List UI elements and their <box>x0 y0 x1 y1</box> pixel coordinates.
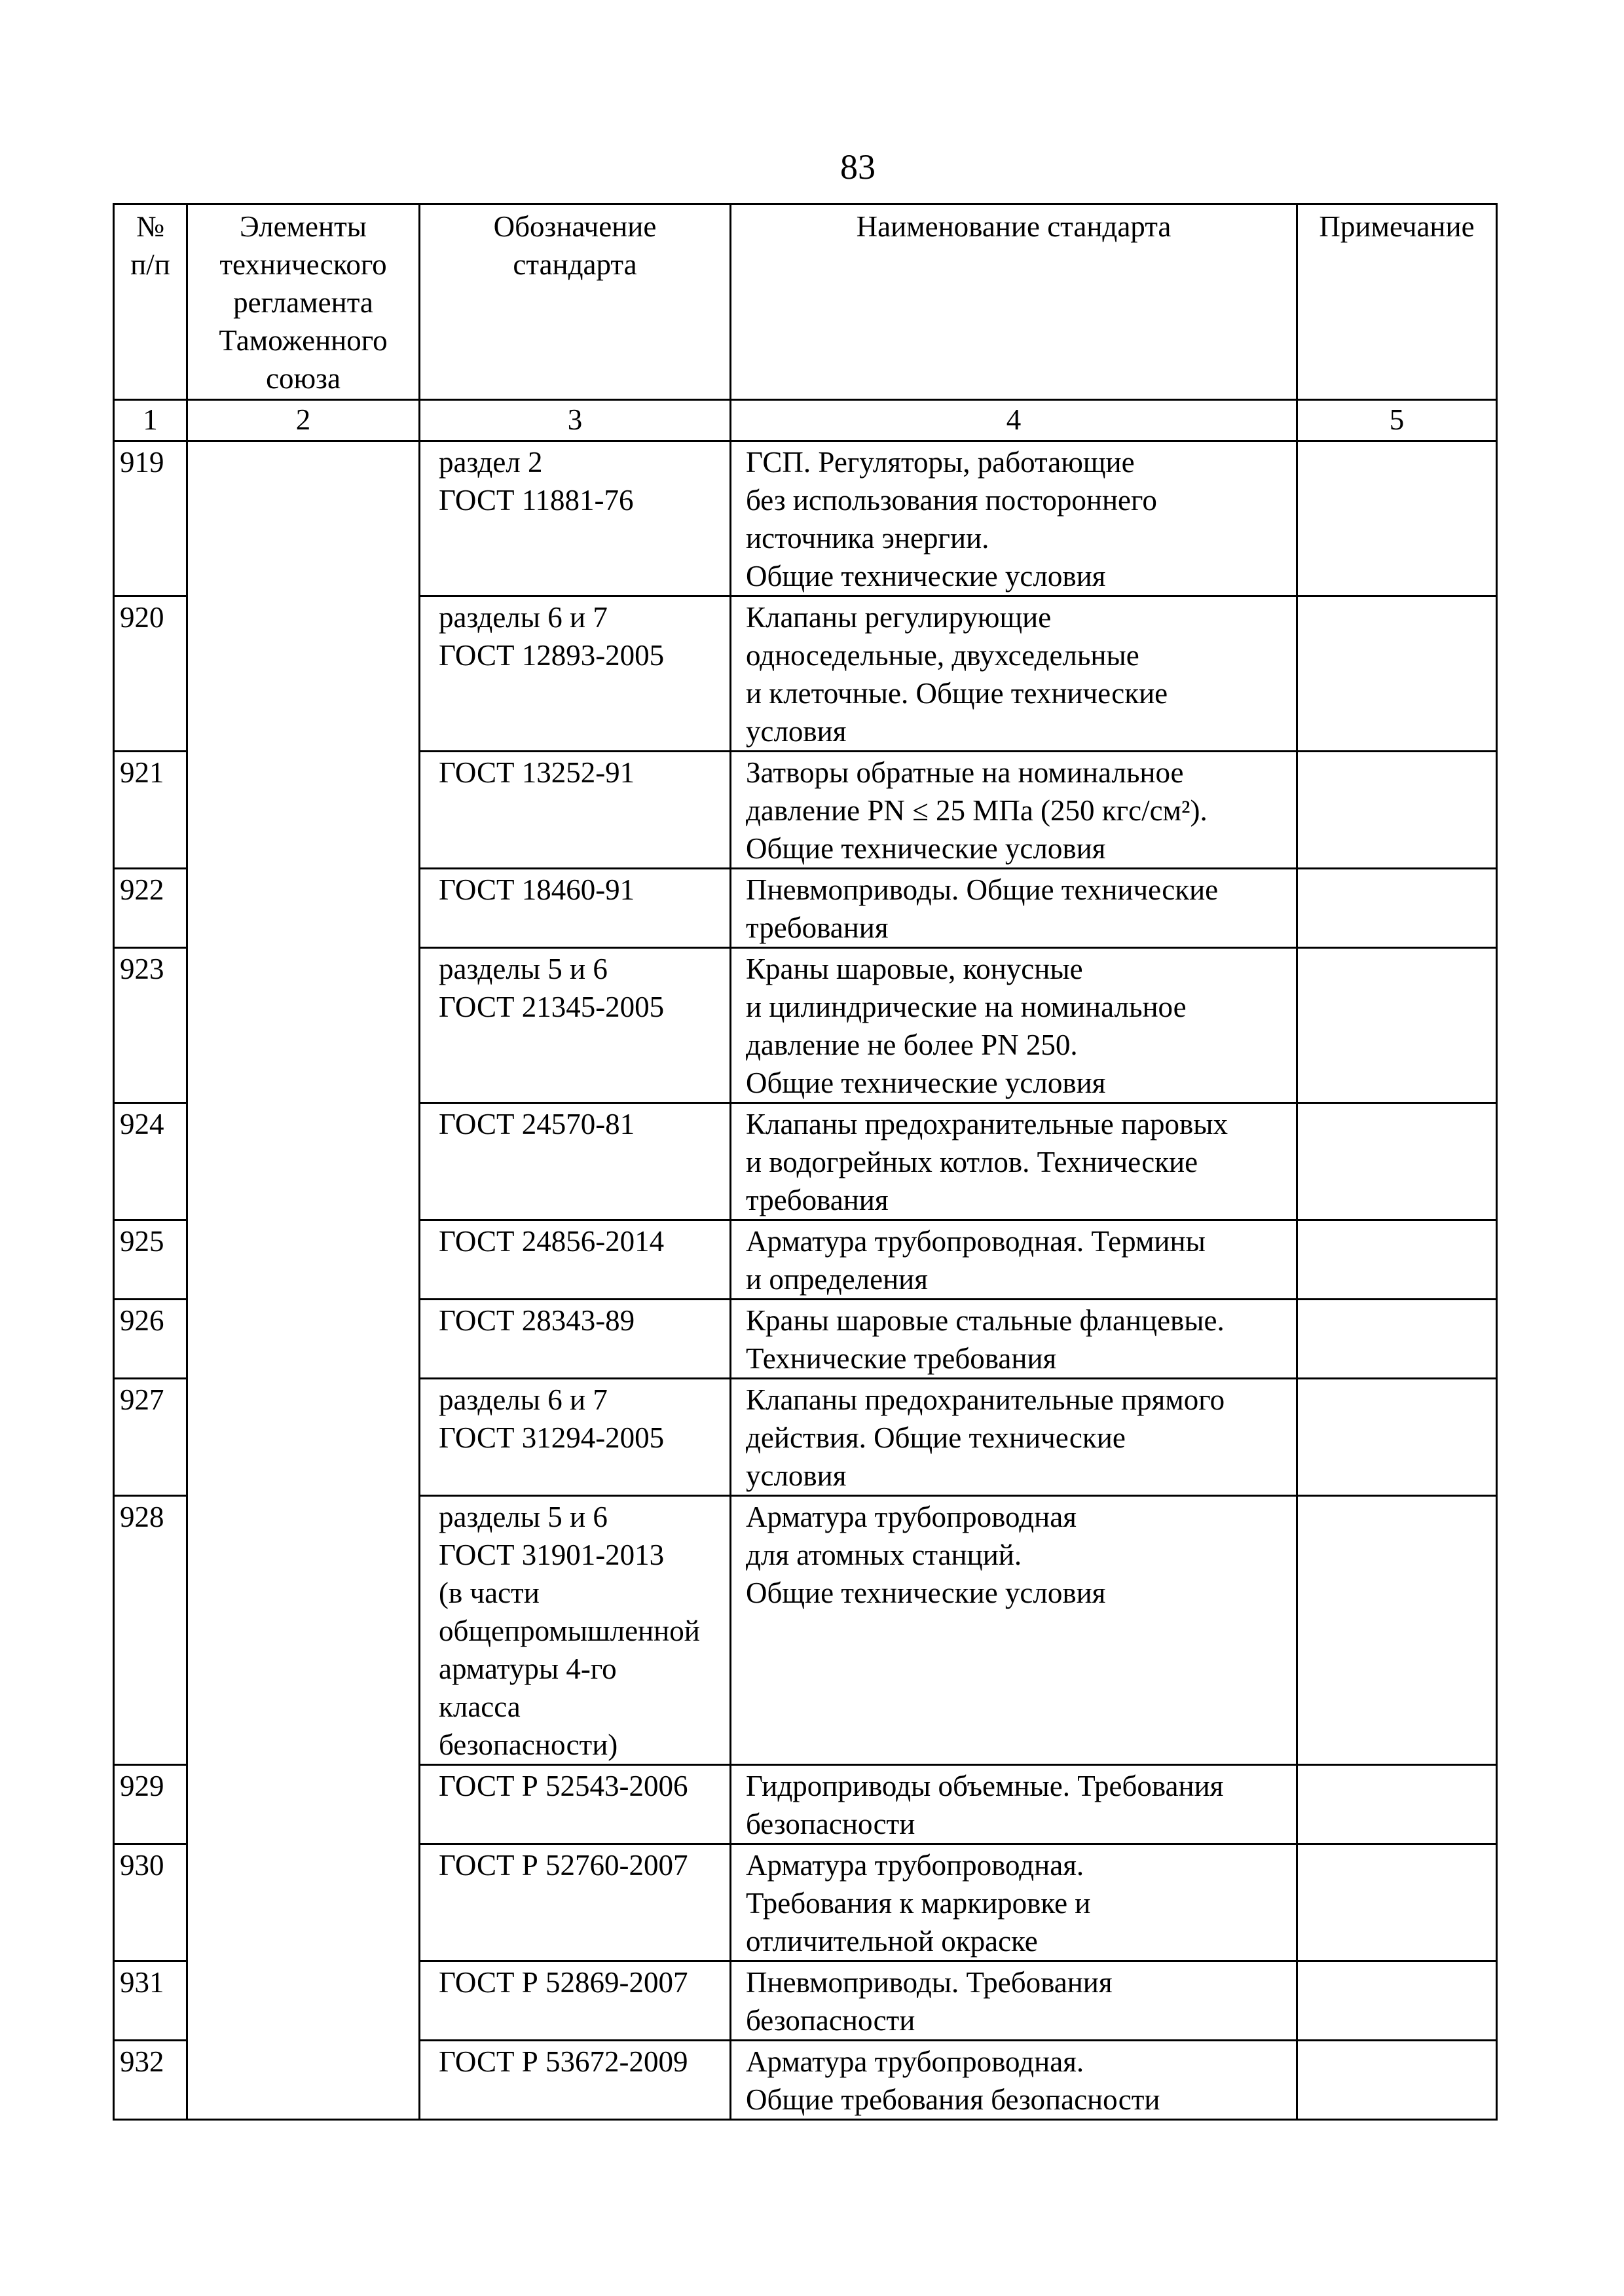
text-line: № <box>121 208 179 246</box>
column-number: 3 <box>420 400 731 441</box>
text-line: Клапаны регулирующие <box>746 598 1289 636</box>
table-header-row: №п/п ЭлементытехническогорегламентаТамож… <box>114 204 1497 400</box>
text-line: действия. Общие технические <box>746 1419 1289 1457</box>
text-line: разделы 6 и 7 <box>439 598 723 636</box>
text-line: арматуры 4-го <box>439 1650 723 1688</box>
text-line: ГОСТ 28343-89 <box>439 1302 723 1339</box>
standard-designation: разделы 5 и 6ГОСТ 21345-2005 <box>420 948 731 1103</box>
text-line: без использования постороннего <box>746 481 1289 519</box>
row-number: 920 <box>114 596 187 752</box>
note-cell <box>1297 1300 1497 1379</box>
note-cell <box>1297 869 1497 948</box>
text-line: Гидроприводы объемные. Требования <box>746 1767 1289 1805</box>
text-line: общепромышленной <box>439 1612 723 1650</box>
note-cell <box>1297 1103 1497 1220</box>
standard-name: ГСП. Регуляторы, работающиебез использов… <box>731 441 1297 596</box>
standard-name: Пневмоприводы. Требованиябезопасности <box>731 1961 1297 2041</box>
text-line: Общие требования безопасности <box>746 2081 1289 2119</box>
row-number: 929 <box>114 1765 187 1844</box>
note-cell <box>1297 1844 1497 1961</box>
text-line: ГОСТ Р 52869-2007 <box>439 1963 723 2001</box>
text-line: ГСП. Регуляторы, работающие <box>746 443 1289 481</box>
standard-name: Клапаны предохранительные прямогодействи… <box>731 1379 1297 1496</box>
text-line: Краны шаровые, конусные <box>746 950 1289 988</box>
text-line: технического <box>194 246 412 283</box>
text-line: ГОСТ 24570-81 <box>439 1105 723 1143</box>
column-numbers-row: 1 2 3 4 5 <box>114 400 1497 441</box>
text-line: Примечание <box>1304 208 1489 246</box>
text-line: безопасности) <box>439 1726 723 1764</box>
row-number: 927 <box>114 1379 187 1496</box>
text-line: и водогрейных котлов. Технические <box>746 1143 1289 1181</box>
page-number: 83 <box>0 147 1624 187</box>
text-line: разделы 6 и 7 <box>439 1381 723 1419</box>
text-line: Пневмоприводы. Требования <box>746 1963 1289 2001</box>
row-number: 925 <box>114 1220 187 1300</box>
text-line: Общие технические условия <box>746 1064 1289 1102</box>
text-line: и определения <box>746 1260 1289 1298</box>
standard-name: Клапаны предохранительные паровыхи водог… <box>731 1103 1297 1220</box>
text-line: ГОСТ Р 52760-2007 <box>439 1846 723 1884</box>
column-number: 1 <box>114 400 187 441</box>
header-elements: ЭлементытехническогорегламентаТаможенног… <box>187 204 420 400</box>
note-cell <box>1297 441 1497 596</box>
text-line: ГОСТ Р 53672-2009 <box>439 2043 723 2081</box>
text-line: ГОСТ 24856-2014 <box>439 1222 723 1260</box>
text-line: п/п <box>121 246 179 283</box>
standard-name: Краны шаровые стальные фланцевые.Техниче… <box>731 1300 1297 1379</box>
row-number: 931 <box>114 1961 187 2041</box>
text-line: безопасности <box>746 1805 1289 1843</box>
note-cell <box>1297 1220 1497 1300</box>
standard-designation: разделы 6 и 7ГОСТ 31294-2005 <box>420 1379 731 1496</box>
text-line: отличительной окраске <box>746 1922 1289 1960</box>
standard-name: Клапаны регулирующиеодноседельные, двухс… <box>731 596 1297 752</box>
row-number: 930 <box>114 1844 187 1961</box>
text-line: ГОСТ 31294-2005 <box>439 1419 723 1457</box>
text-line: разделы 5 и 6 <box>439 950 723 988</box>
note-cell <box>1297 1961 1497 2041</box>
header-note: Примечание <box>1297 204 1497 400</box>
text-line: разделы 5 и 6 <box>439 1498 723 1536</box>
text-line: ГОСТ 18460-91 <box>439 871 723 909</box>
standard-designation: ГОСТ Р 52760-2007 <box>420 1844 731 1961</box>
text-line: Арматура трубопроводная. <box>746 2043 1289 2081</box>
note-cell <box>1297 1496 1497 1765</box>
standard-designation: ГОСТ Р 52543-2006 <box>420 1765 731 1844</box>
standard-designation: ГОСТ 28343-89 <box>420 1300 731 1379</box>
note-cell <box>1297 596 1497 752</box>
text-line: Технические требования <box>746 1339 1289 1377</box>
note-cell <box>1297 752 1497 869</box>
text-line: ГОСТ Р 52543-2006 <box>439 1767 723 1805</box>
text-line: требования <box>746 1181 1289 1219</box>
text-line: Клапаны предохранительные прямого <box>746 1381 1289 1419</box>
column-number: 5 <box>1297 400 1497 441</box>
text-line: и клеточные. Общие технические <box>746 674 1289 712</box>
text-line: стандарта <box>427 246 723 283</box>
text-line: раздел 2 <box>439 443 723 481</box>
row-number: 921 <box>114 752 187 869</box>
note-cell <box>1297 1379 1497 1496</box>
column-number: 2 <box>187 400 420 441</box>
text-line: Наименование стандарта <box>738 208 1289 246</box>
text-line: Элементы <box>194 208 412 246</box>
row-number: 928 <box>114 1496 187 1765</box>
note-cell <box>1297 948 1497 1103</box>
row-number: 926 <box>114 1300 187 1379</box>
standard-name: Краны шаровые, конусныеи цилиндрические … <box>731 948 1297 1103</box>
text-line: односедельные, двухседельные <box>746 636 1289 674</box>
column-number: 4 <box>731 400 1297 441</box>
text-line: Общие технические условия <box>746 1574 1289 1612</box>
row-number: 923 <box>114 948 187 1103</box>
text-line: Арматура трубопроводная. Термины <box>746 1222 1289 1260</box>
note-cell <box>1297 1765 1497 1844</box>
standard-designation: ГОСТ 13252-91 <box>420 752 731 869</box>
text-line: условия <box>746 1457 1289 1495</box>
standard-designation: ГОСТ Р 53672-2009 <box>420 2041 731 2120</box>
text-line: давление не более PN 250. <box>746 1026 1289 1064</box>
text-line: источника энергии. <box>746 519 1289 557</box>
text-line: Требования к маркировке и <box>746 1884 1289 1922</box>
row-number: 924 <box>114 1103 187 1220</box>
elements-merged-cell <box>187 441 420 2120</box>
standard-designation: ГОСТ 24570-81 <box>420 1103 731 1220</box>
row-number: 919 <box>114 441 187 596</box>
text-line: регламента <box>194 283 412 321</box>
text-line: требования <box>746 909 1289 947</box>
text-line: Обозначение <box>427 208 723 246</box>
header-designation: Обозначениестандарта <box>420 204 731 400</box>
table-body: 919раздел 2ГОСТ 11881-76ГСП. Регуляторы,… <box>114 441 1497 2120</box>
text-line: и цилиндрические на номинальное <box>746 988 1289 1026</box>
text-line: Арматура трубопроводная. <box>746 1846 1289 1884</box>
text-line: ГОСТ 12893-2005 <box>439 636 723 674</box>
text-line: условия <box>746 712 1289 750</box>
text-line: Затворы обратные на номинальное <box>746 754 1289 792</box>
text-line: Арматура трубопроводная <box>746 1498 1289 1536</box>
text-line: ГОСТ 31901-2013 <box>439 1536 723 1574</box>
header-name: Наименование стандарта <box>731 204 1297 400</box>
table-row: 919раздел 2ГОСТ 11881-76ГСП. Регуляторы,… <box>114 441 1497 596</box>
text-line: безопасности <box>746 2001 1289 2039</box>
standard-designation: раздел 2ГОСТ 11881-76 <box>420 441 731 596</box>
standard-name: Арматура трубопроводная.Требования к мар… <box>731 1844 1297 1961</box>
text-line: для атомных станций. <box>746 1536 1289 1574</box>
standard-designation: ГОСТ 18460-91 <box>420 869 731 948</box>
standard-name: Затворы обратные на номинальноедавление … <box>731 752 1297 869</box>
standard-name: Пневмоприводы. Общие техническиетребован… <box>731 869 1297 948</box>
text-line: Краны шаровые стальные фланцевые. <box>746 1302 1289 1339</box>
standards-table: №п/п ЭлементытехническогорегламентаТамож… <box>113 203 1498 2121</box>
text-line: ГОСТ 13252-91 <box>439 754 723 792</box>
text-line: класса <box>439 1688 723 1726</box>
standard-name: Арматура трубопроводная. Терминыи опреде… <box>731 1220 1297 1300</box>
text-line: ГОСТ 11881-76 <box>439 481 723 519</box>
standard-designation: ГОСТ 24856-2014 <box>420 1220 731 1300</box>
standard-designation: разделы 5 и 6ГОСТ 31901-2013(в частиобще… <box>420 1496 731 1765</box>
text-line: (в части <box>439 1574 723 1612</box>
header-num: №п/п <box>114 204 187 400</box>
text-line: Пневмоприводы. Общие технические <box>746 871 1289 909</box>
standard-name: Арматура трубопроводная.Общие требования… <box>731 2041 1297 2120</box>
row-number: 922 <box>114 869 187 948</box>
note-cell <box>1297 2041 1497 2120</box>
standard-name: Арматура трубопроводнаядля атомных станц… <box>731 1496 1297 1765</box>
text-line: давление PN ≤ 25 МПа (250 кгс/см²). <box>746 792 1289 829</box>
standard-designation: ГОСТ Р 52869-2007 <box>420 1961 731 2041</box>
text-line: Общие технические условия <box>746 829 1289 867</box>
standard-name: Гидроприводы объемные. Требованиябезопас… <box>731 1765 1297 1844</box>
text-line: Общие технические условия <box>746 557 1289 595</box>
text-line: Таможенного <box>194 321 412 359</box>
text-line: ГОСТ 21345-2005 <box>439 988 723 1026</box>
text-line: союза <box>194 359 412 397</box>
standard-designation: разделы 6 и 7ГОСТ 12893-2005 <box>420 596 731 752</box>
text-line: Клапаны предохранительные паровых <box>746 1105 1289 1143</box>
row-number: 932 <box>114 2041 187 2120</box>
